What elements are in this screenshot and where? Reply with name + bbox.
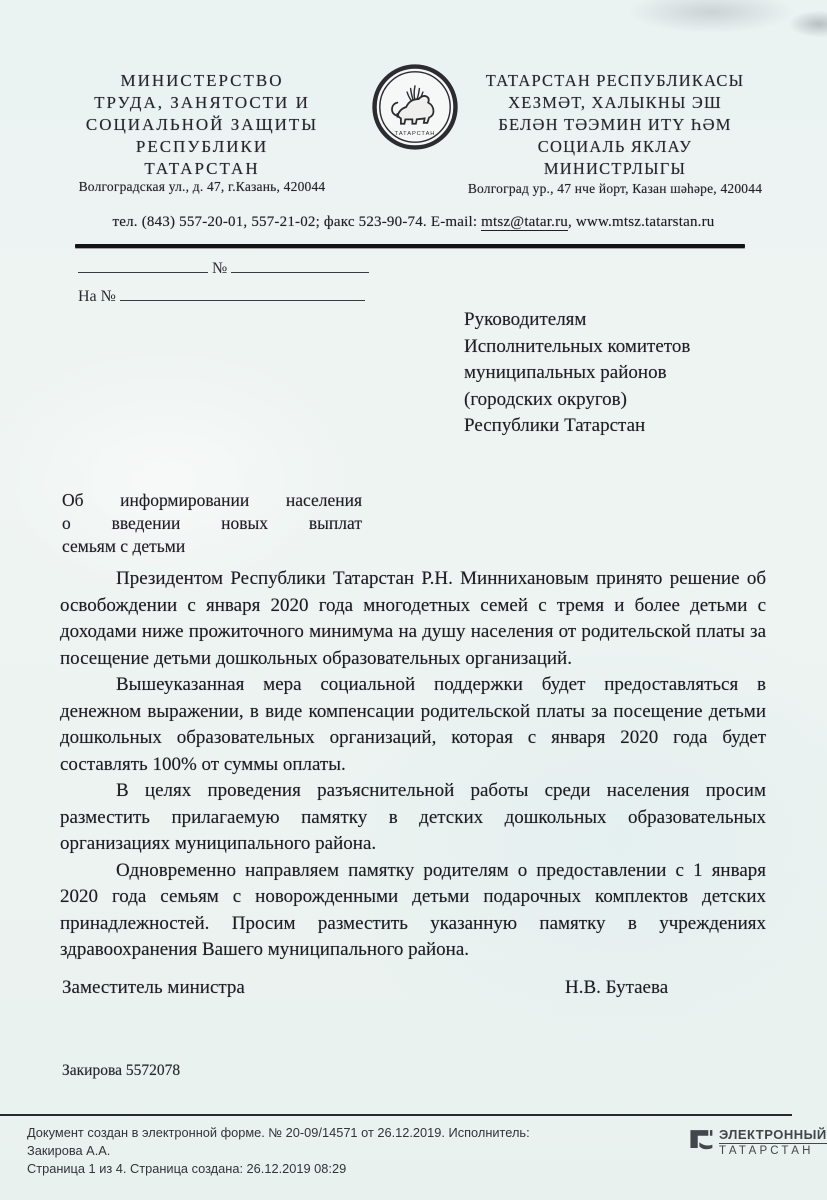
letterhead-left-title-line: ТАТАРСТАН bbox=[62, 158, 342, 180]
reply-number-blank-field bbox=[120, 284, 365, 301]
logo-text-line1: ЭЛЕКТРОННЫЙ bbox=[719, 1127, 827, 1144]
footer-meta-line2: Страница 1 из 4. Страница создана: 26.12… bbox=[27, 1160, 587, 1178]
number-blank-field bbox=[231, 256, 369, 273]
contact-website: , www.mtsz.tatarstan.ru bbox=[568, 214, 715, 230]
letterhead-right-title-line: ХЕЗМӘТ, ХАЛЫКНЫ ЭШ bbox=[455, 92, 775, 114]
contact-phones: тел. (843) 557-20-01, 557-21-02; факс 52… bbox=[113, 214, 482, 230]
addressee-line: (городских округов) bbox=[464, 387, 794, 414]
footer-meta-line1: Документ создан в электронной форме. № 2… bbox=[27, 1124, 587, 1160]
scanned-letter-page: МИНИСТЕРСТВО ТРУДА, ЗАНЯТОСТИ И СОЦИАЛЬН… bbox=[0, 0, 827, 1200]
addressee-line: муниципальных районов bbox=[464, 360, 794, 387]
contact-email: mtsz@tatar.ru bbox=[481, 214, 568, 231]
number-sign-label: № bbox=[212, 260, 227, 277]
logo-text-line2: ТАТАРСТАН bbox=[719, 1144, 827, 1157]
letterhead-divider bbox=[75, 244, 745, 248]
signer-position: Заместитель министра bbox=[62, 977, 245, 999]
outgoing-number-line: № bbox=[78, 256, 369, 278]
body-paragraph: Одновременно направляем памятку родителя… bbox=[60, 858, 766, 964]
electronic-tatarstan-logo-text: ЭЛЕКТРОННЫЙ ТАТАРСТАН bbox=[719, 1127, 827, 1157]
letter-body: Президентом Республики Татарстан Р.Н. Ми… bbox=[60, 566, 766, 964]
date-blank-field bbox=[78, 256, 208, 273]
reply-to-number-line: На № bbox=[78, 284, 365, 306]
letterhead-left-title: МИНИСТЕРСТВО ТРУДА, ЗАНЯТОСТИ И СОЦИАЛЬН… bbox=[62, 70, 342, 180]
body-paragraph: Президентом Республики Татарстан Р.Н. Ми… bbox=[60, 566, 766, 672]
letterhead-right-title-line: МИНИСТРЛЫГЫ bbox=[455, 158, 775, 180]
letterhead-left-title-line: ТРУДА, ЗАНЯТОСТИ И bbox=[62, 92, 342, 114]
letterhead-right-title: ТАТАРСТАН РЕСПУБЛИКАСЫ ХЕЗМӘТ, ХАЛЫКНЫ Э… bbox=[455, 70, 775, 180]
executor-note: Закирова 5572078 bbox=[62, 1062, 180, 1080]
subject-block: Об информировании населения о введении н… bbox=[62, 489, 362, 558]
letterhead-contact-line: тел. (843) 557-20-01, 557-21-02; факс 52… bbox=[40, 214, 787, 231]
letterhead-left-title-line: РЕСПУБЛИКИ bbox=[62, 136, 342, 158]
letterhead-right-title-line: СОЦИАЛЬ ЯКЛАУ bbox=[455, 136, 775, 158]
addressee-block: Руководителям Исполнительных комитетов м… bbox=[464, 307, 794, 440]
subject-line: Об информировании населения bbox=[62, 489, 362, 512]
letterhead-left-title-line: МИНИСТЕРСТВО bbox=[62, 70, 342, 92]
footer-meta: Документ создан в электронной форме. № 2… bbox=[27, 1124, 587, 1178]
signer-name: Н.В. Бутаева bbox=[565, 977, 668, 999]
letterhead-left-address: Волгоградская ул., д. 47, г.Казань, 4200… bbox=[62, 179, 342, 195]
footer-divider bbox=[0, 1114, 792, 1116]
letterhead-right-title-line: ТАТАРСТАН РЕСПУБЛИКАСЫ bbox=[455, 70, 775, 92]
addressee-line: Республики Татарстан bbox=[464, 413, 794, 440]
electronic-tatarstan-logo: ЭЛЕКТРОННЫЙ ТАТАРСТАН bbox=[688, 1126, 827, 1157]
letterhead-left-title-line: СОЦИАЛЬНОЙ ЗАЩИТЫ bbox=[62, 114, 342, 136]
emblem-caption: ТАТАРСТАН bbox=[395, 131, 436, 137]
body-paragraph: Вышеуказанная мера социальной поддержки … bbox=[60, 672, 766, 778]
addressee-line: Руководителям bbox=[464, 307, 794, 334]
letterhead-right-address: Волгоград ур., 47 нче йорт, Казан шәһәре… bbox=[455, 181, 775, 197]
subject-line: о введении новых выплат bbox=[62, 512, 362, 535]
addressee-line: Исполнительных комитетов bbox=[464, 334, 794, 361]
letterhead-right-title-line: БЕЛӘН ТӘЭМИН ИТҮ ҺӘМ bbox=[455, 114, 775, 136]
reply-number-label: На № bbox=[78, 288, 116, 305]
body-paragraph: В целях проведения разъяснительной работ… bbox=[60, 778, 766, 858]
electronic-tatarstan-logo-icon bbox=[688, 1126, 714, 1157]
subject-line: семьям с детьми bbox=[62, 535, 362, 558]
tatarstan-coat-of-arms-icon: ТАТАРСТАН bbox=[371, 63, 459, 151]
